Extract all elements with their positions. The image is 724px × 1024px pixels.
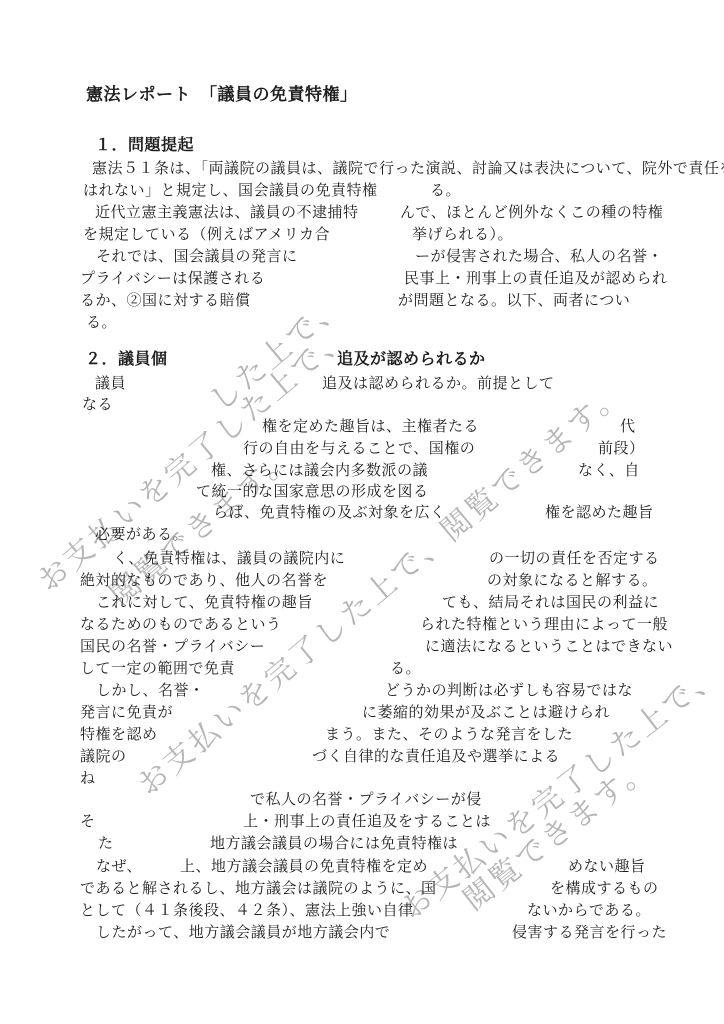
text-fragment: の一切の責任を否定する xyxy=(489,549,660,569)
text-fragment: なく、自 xyxy=(578,461,640,481)
text-fragment: プライバシーは保護される xyxy=(80,269,265,289)
body-line: して一定の範囲で免責る。 xyxy=(0,659,724,680)
text-fragment: に萎縮的効果が及ぶことは避けられ xyxy=(362,703,610,723)
body-line: プライバシーは保護される民事上・刑事上の責任追及が認められ xyxy=(0,269,724,290)
text-fragment: る。 xyxy=(390,659,421,679)
body-line: を規定している（例えばアメリカ合挙げられる）。 xyxy=(0,225,724,246)
text-fragment: そ xyxy=(80,812,96,832)
text-fragment: づく自律的な責任追及や選挙による xyxy=(312,747,560,767)
body-line: 発言に免責がに萎縮的効果が及ぶことは避けられ xyxy=(0,703,724,724)
text-fragment: したがって、地方議会議員が地方議会内で xyxy=(96,923,390,943)
text-fragment: ね xyxy=(80,769,96,789)
text-fragment: めない趣旨 xyxy=(568,857,646,877)
body-line: 議員追及は認められるか。前提として xyxy=(0,374,724,395)
body-line: 国民の名誉・プライバシーに適法になるということはできない xyxy=(0,637,724,658)
text-fragment: 権を認めた趣旨 xyxy=(545,503,654,523)
body-line: 特権を認めまう。また、そのような発言をした xyxy=(0,725,724,746)
body-line: ね xyxy=(0,769,724,790)
text-fragment: 必要がある。 xyxy=(95,525,188,545)
body-line: く、免責特権は、議員の議院内にの一切の責任を否定する xyxy=(0,549,724,570)
body-line: なぜ、上、地方議会議員の免責特権を定めめない趣旨 xyxy=(0,857,724,878)
text-fragment: る。 xyxy=(430,181,461,201)
body-line: なるためのものであるというられた特権という理由によって一般 xyxy=(0,615,724,636)
body-line: 権を定めた趣旨は、主権者たる代 xyxy=(0,417,724,438)
text-fragment: 地方議会議員の場合には免責特権は xyxy=(210,834,458,854)
text-fragment: る。 xyxy=(86,313,117,333)
body-line: したがって、地方議会議員が地方議会内で侵害する発言を行った xyxy=(0,923,724,944)
text-fragment: ても、結局それは国民の利益に xyxy=(442,593,659,613)
body-line: しかし、名誉・どうかの判断は必ずしも容易ではな xyxy=(0,681,724,702)
text-fragment: 追及は認められるか。前提として xyxy=(322,374,555,394)
text-fragment: を規定している（例えばアメリカ合 xyxy=(83,225,330,245)
section-heading-1: １．問題提起 xyxy=(0,136,724,157)
text-fragment: 権を定めた趣旨は、主権者たる xyxy=(262,417,479,437)
text-fragment: なるためのものであるという xyxy=(80,615,282,635)
text-fragment: 絶対的なものであり、他人の名誉を xyxy=(80,571,328,591)
body-line: 権、さらには議会内多数派の議なく、自 xyxy=(0,461,724,482)
text-fragment: らば、免責特権の及ぶ対象を広く xyxy=(213,503,446,523)
text-fragment: ２．議員個 xyxy=(85,350,168,370)
text-fragment: 上、地方議会議員の免責特権を定め xyxy=(180,857,428,877)
text-fragment: が問題となる。以下、両者につい xyxy=(398,291,630,311)
text-fragment: して一定の範囲で免責 xyxy=(80,659,235,679)
text-fragment: 議員 xyxy=(95,374,126,394)
text-fragment: であると解されるし、地方議会は議院のように、国 xyxy=(80,879,437,899)
body-line: で私人の名誉・プライバシーが侵 xyxy=(0,790,724,811)
text-fragment: に適法になるということはできない xyxy=(425,637,673,657)
text-fragment: 前段） xyxy=(598,439,645,459)
text-fragment: 民事上・刑事上の責任追及が認められ xyxy=(404,269,668,289)
text-fragment: 権、さらには議会内多数派の議 xyxy=(211,461,428,481)
text-fragment: なる xyxy=(82,395,113,415)
text-fragment: で私人の名誉・プライバシーが侵 xyxy=(250,790,482,810)
text-fragment: 追及が認められるか xyxy=(337,350,486,370)
body-line: 必要がある。 xyxy=(0,525,724,546)
body-line: そ上・刑事上の責任追及をすることは xyxy=(0,812,724,833)
text-fragment: 行の自由を与えることで、国権の xyxy=(243,439,475,459)
text-fragment: ーが侵害された場合、私人の名誉・ xyxy=(415,247,663,267)
document-text-layer: 憲法レポート 「議員の免責特権」１．問題提起憲法５１条は、「両議院の議員は、議院… xyxy=(0,0,724,1024)
text-fragment: 近代立憲主義憲法は、議員の不逮捕特 xyxy=(95,203,359,223)
text-fragment: 侵害する発言を行った xyxy=(512,923,667,943)
text-fragment: これに対して、免責特権の趣旨 xyxy=(96,593,313,613)
body-line: として（４１条後段、４２条）、憲法上強い自律ないからである。 xyxy=(0,901,724,922)
text-fragment: 上・刑事上の責任追及をすることは xyxy=(243,812,491,832)
text-fragment: た xyxy=(98,834,114,854)
text-fragment: 議院の xyxy=(80,747,127,767)
text-fragment: 代 xyxy=(620,417,636,437)
body-line: 憲法５１条は、「両議院の議員は、議院で行った演説、討論又は表決について、院外で責… xyxy=(0,159,724,180)
text-fragment: どうかの判断は必ずしも容易ではな xyxy=(385,681,633,701)
body-line: であると解されるし、地方議会は議院のように、国を構成するもの xyxy=(0,879,724,900)
body-line: た地方議会議員の場合には免責特権は xyxy=(0,834,724,855)
text-fragment: 国民の名誉・プライバシー xyxy=(80,637,265,657)
text-fragment: ないからである。 xyxy=(527,901,651,921)
text-fragment: １．問題提起 xyxy=(95,136,194,156)
body-line: 議院のづく自律的な責任追及や選挙による xyxy=(0,747,724,768)
text-fragment: なぜ、 xyxy=(96,857,142,877)
text-fragment: 憲法５１条は、「両議院の議員は、議院で行った演説、討論又は表決について、院外で責… xyxy=(92,159,724,179)
text-fragment: 特権を認め xyxy=(80,725,158,745)
text-fragment: 発言に免責が xyxy=(80,703,173,723)
document-title: 憲法レポート 「議員の免責特権」 xyxy=(0,85,724,106)
body-line: 絶対的なものであり、他人の名誉をの対象になると解する。 xyxy=(0,571,724,592)
text-fragment: んで、ほとんど例外なくこの種の特権 xyxy=(400,203,663,223)
text-fragment: それでは、国会議員の発言に xyxy=(96,247,298,267)
body-line: 近代立憲主義憲法は、議員の不逮捕特んで、ほとんど例外なくこの種の特権 xyxy=(0,203,724,224)
body-line: なる xyxy=(0,395,724,416)
body-line: それでは、国会議員の発言にーが侵害された場合、私人の名誉・ xyxy=(0,247,724,268)
text-fragment: るか、②国に対する賠償 xyxy=(80,291,251,311)
text-fragment: の対象になると解する。 xyxy=(487,571,658,591)
text-fragment: られた特権という理由によって一般 xyxy=(420,615,668,635)
body-line: これに対して、免責特権の趣旨ても、結局それは国民の利益に xyxy=(0,593,724,614)
text-fragment: として（４１条後段、４２条）、憲法上強い自律 xyxy=(80,901,414,921)
text-fragment: はれない」と規定し、国会議員の免責特権 xyxy=(83,181,378,201)
body-line: て統一的な国家意思の形成を図る xyxy=(0,482,724,503)
text-fragment: て統一的な国家意思の形成を図る xyxy=(196,482,429,502)
body-line: るか、②国に対する賠償が問題となる。以下、両者につい xyxy=(0,291,724,312)
text-fragment: く、免責特権は、議員の議院内に xyxy=(113,549,345,569)
text-fragment: まう。また、そのような発言をした xyxy=(325,725,573,745)
text-fragment: 憲法レポート 「議員の免責特権」 xyxy=(86,85,358,105)
section-heading-2: ２．議員個追及が認められるか xyxy=(0,350,724,371)
document-page: お支払いを完了した上で、閲覧できます。した上で、お支払いを完了した上で、閲覧でき… xyxy=(0,0,724,1024)
body-line: 行の自由を与えることで、国権の前段） xyxy=(0,439,724,460)
text-fragment: しかし、名誉・ xyxy=(96,681,205,701)
text-fragment: 挙げられる）。 xyxy=(412,225,513,245)
body-line: はれない」と規定し、国会議員の免責特権る。 xyxy=(0,181,724,202)
text-fragment: を構成するもの xyxy=(550,879,659,899)
body-line: る。 xyxy=(0,313,724,334)
body-line: らば、免責特権の及ぶ対象を広く権を認めた趣旨 xyxy=(0,503,724,524)
